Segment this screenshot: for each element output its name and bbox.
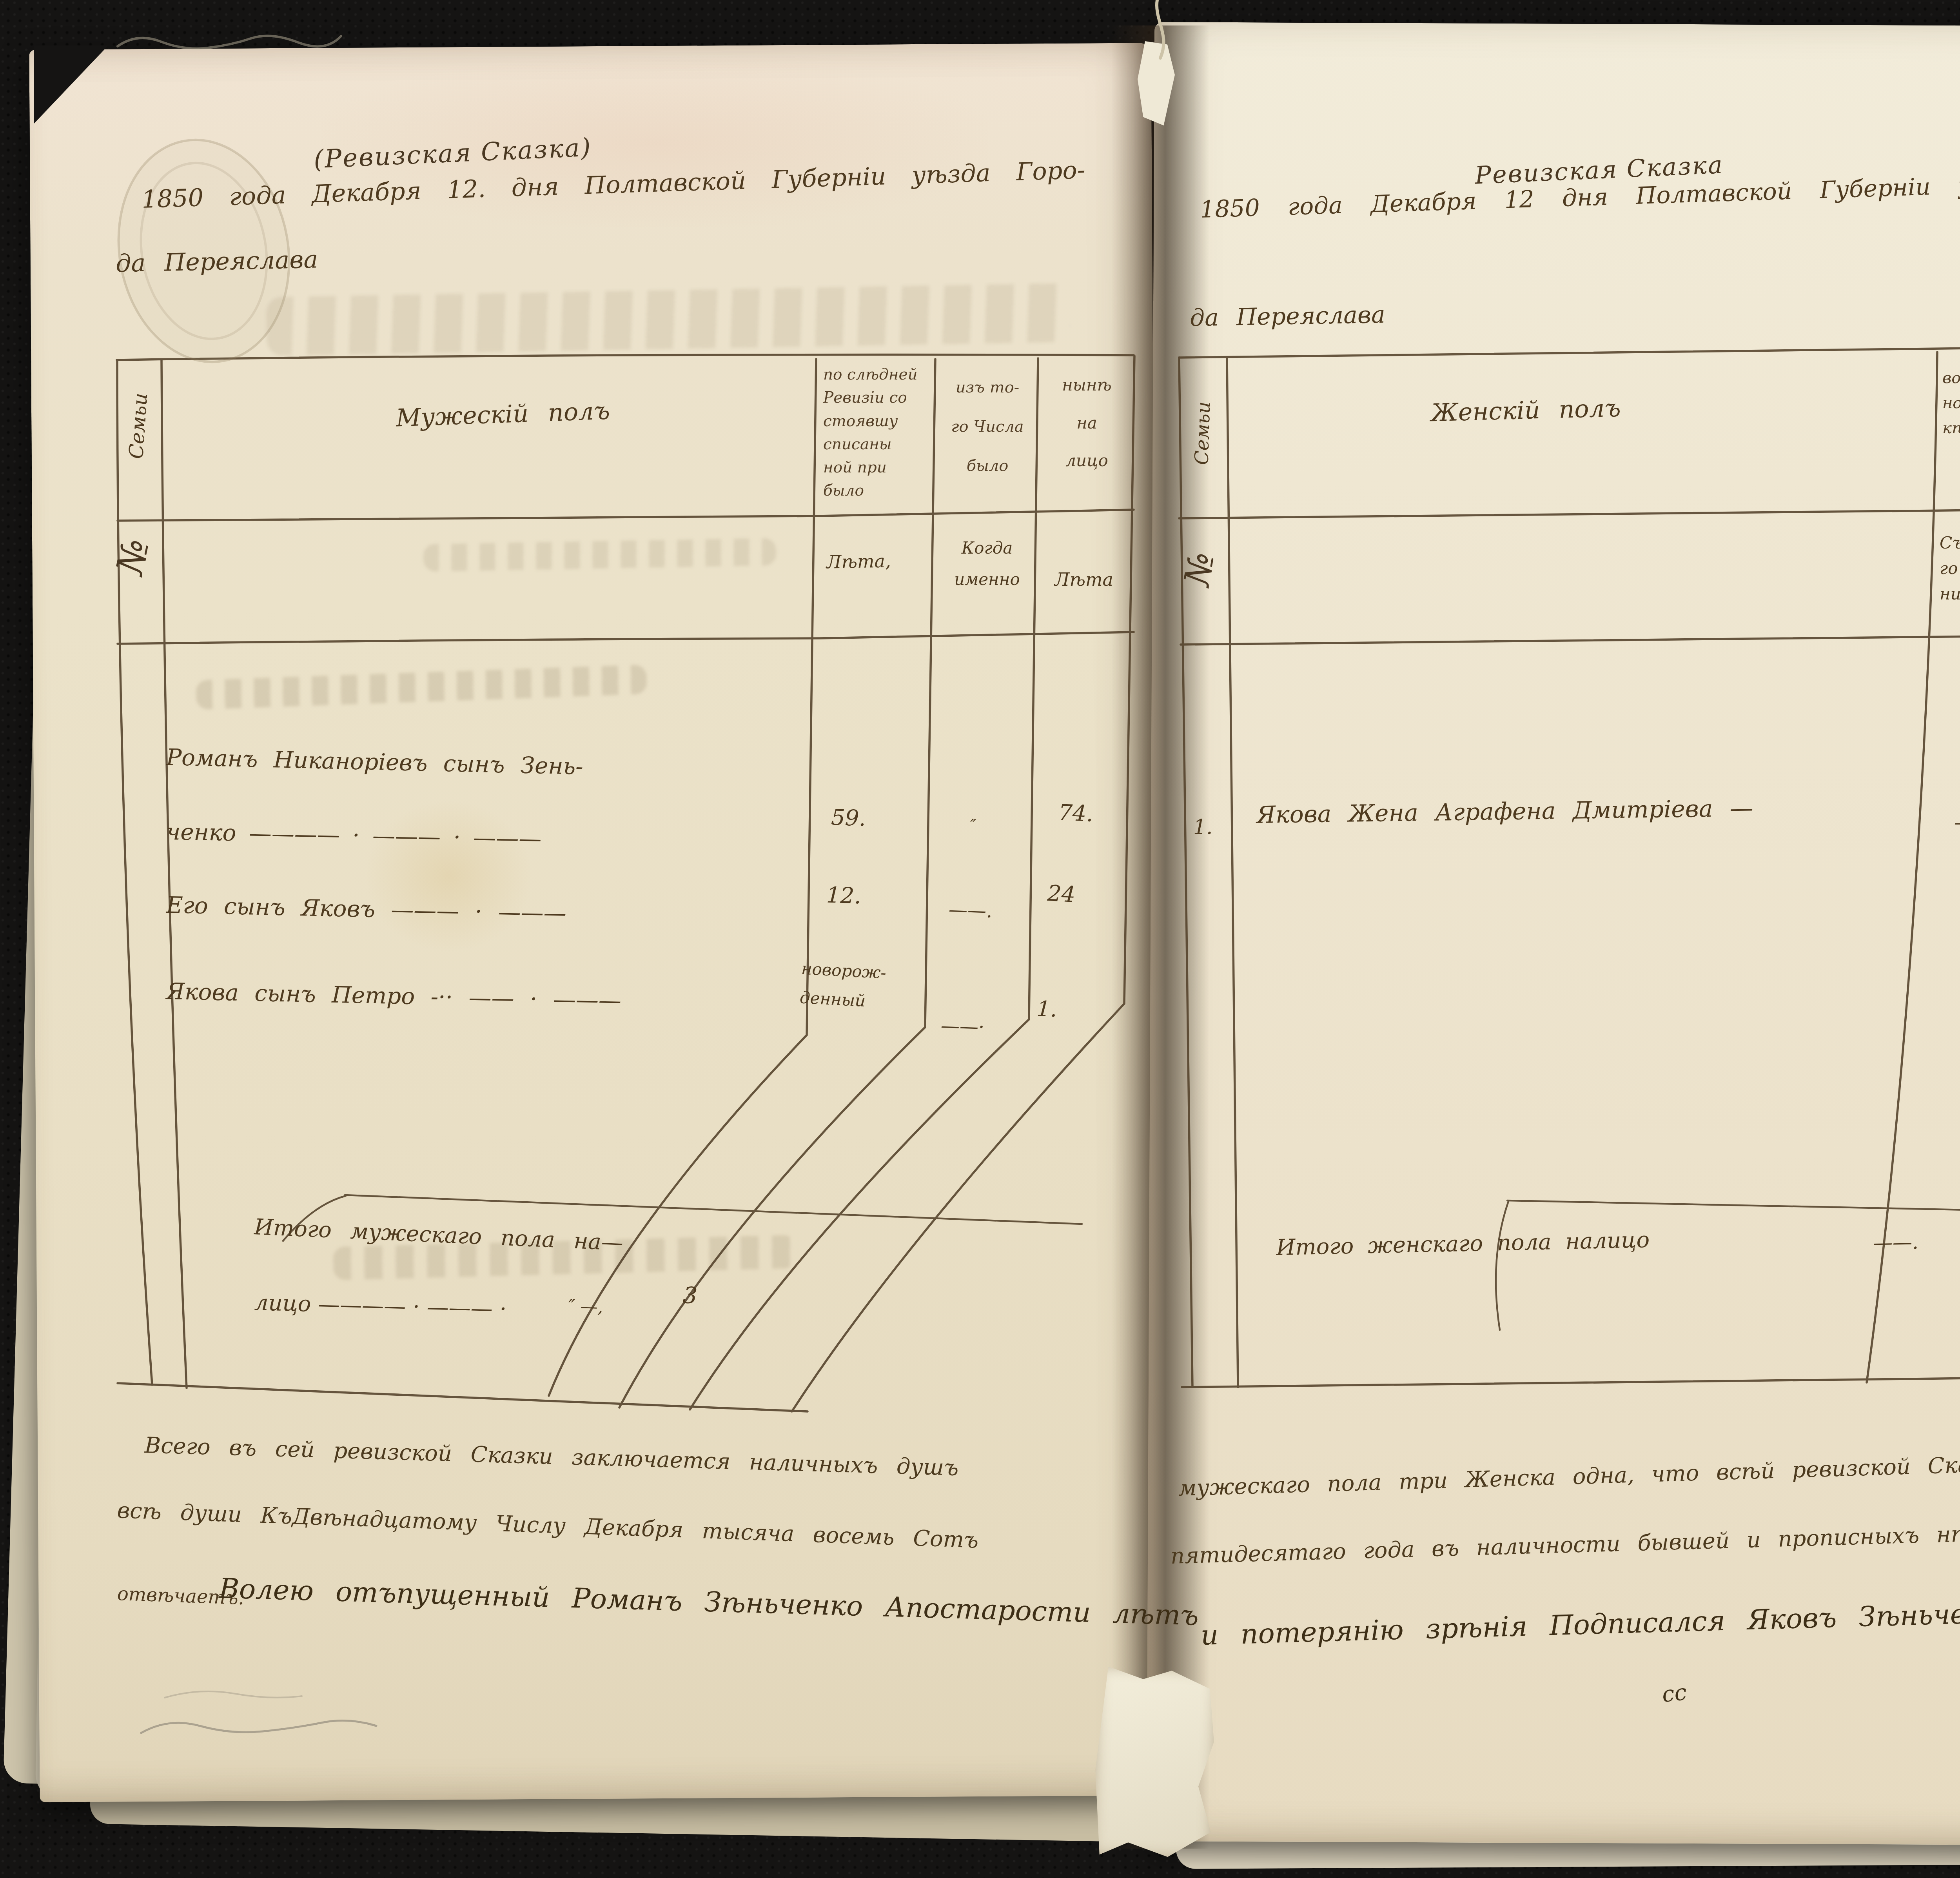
right-total-absent: ——. bbox=[1873, 1230, 1918, 1255]
right-row-number: 1. bbox=[1193, 815, 1213, 840]
right-row-absent: — bbox=[1954, 811, 1960, 834]
left-col-present-label: нынѣ на лицо bbox=[1043, 366, 1131, 480]
right-sub-since: Съ котора- го времен- ни bbox=[1940, 530, 1960, 607]
left-row2-departed: ——. bbox=[948, 898, 993, 923]
left-row3-age-last: новорож- денный bbox=[799, 954, 931, 1018]
left-table-lines bbox=[117, 355, 1134, 1412]
left-row1-age-last: 59. bbox=[831, 804, 866, 832]
left-row1-departed: ″ bbox=[970, 815, 976, 835]
right-col-absent-label: во времен- ной отлуч- кѣ bbox=[1942, 365, 1960, 441]
right-col-family-label: Семьи bbox=[1189, 386, 1216, 481]
binding-string bbox=[1157, 0, 1164, 58]
left-sub-age-last: Лѣта, bbox=[826, 550, 891, 574]
left-total-value: 3 bbox=[682, 1281, 698, 1310]
left-sub-when: Когда именно bbox=[940, 532, 1034, 595]
left-row2-age-last: 12. bbox=[826, 881, 862, 910]
left-place-line: да Переяслава bbox=[115, 244, 318, 279]
left-row3-departed: ——· bbox=[940, 1014, 985, 1039]
left-row3-age-now: 1. bbox=[1036, 995, 1058, 1023]
left-sub-age-now: Лѣта bbox=[1054, 568, 1113, 591]
scan-background: (Ревизская Сказка) 1850 года Декабря 12.… bbox=[0, 0, 1960, 1878]
right-col-female-label: Женскій полъ bbox=[1430, 393, 1621, 428]
left-row2-age-now: 24 bbox=[1047, 880, 1076, 909]
footer-flourish: сс bbox=[1661, 1679, 1688, 1709]
left-total-marks: ″ —, bbox=[568, 1295, 603, 1318]
left-col-departed-label: изъ то- го Числа было bbox=[941, 368, 1034, 485]
right-place-line: да Переяслава bbox=[1189, 300, 1385, 333]
left-col-last-revision-label: по слѣдней Ревизіи со стоявшу списаны но… bbox=[823, 363, 931, 503]
left-row1-age-now: 74. bbox=[1058, 799, 1094, 828]
